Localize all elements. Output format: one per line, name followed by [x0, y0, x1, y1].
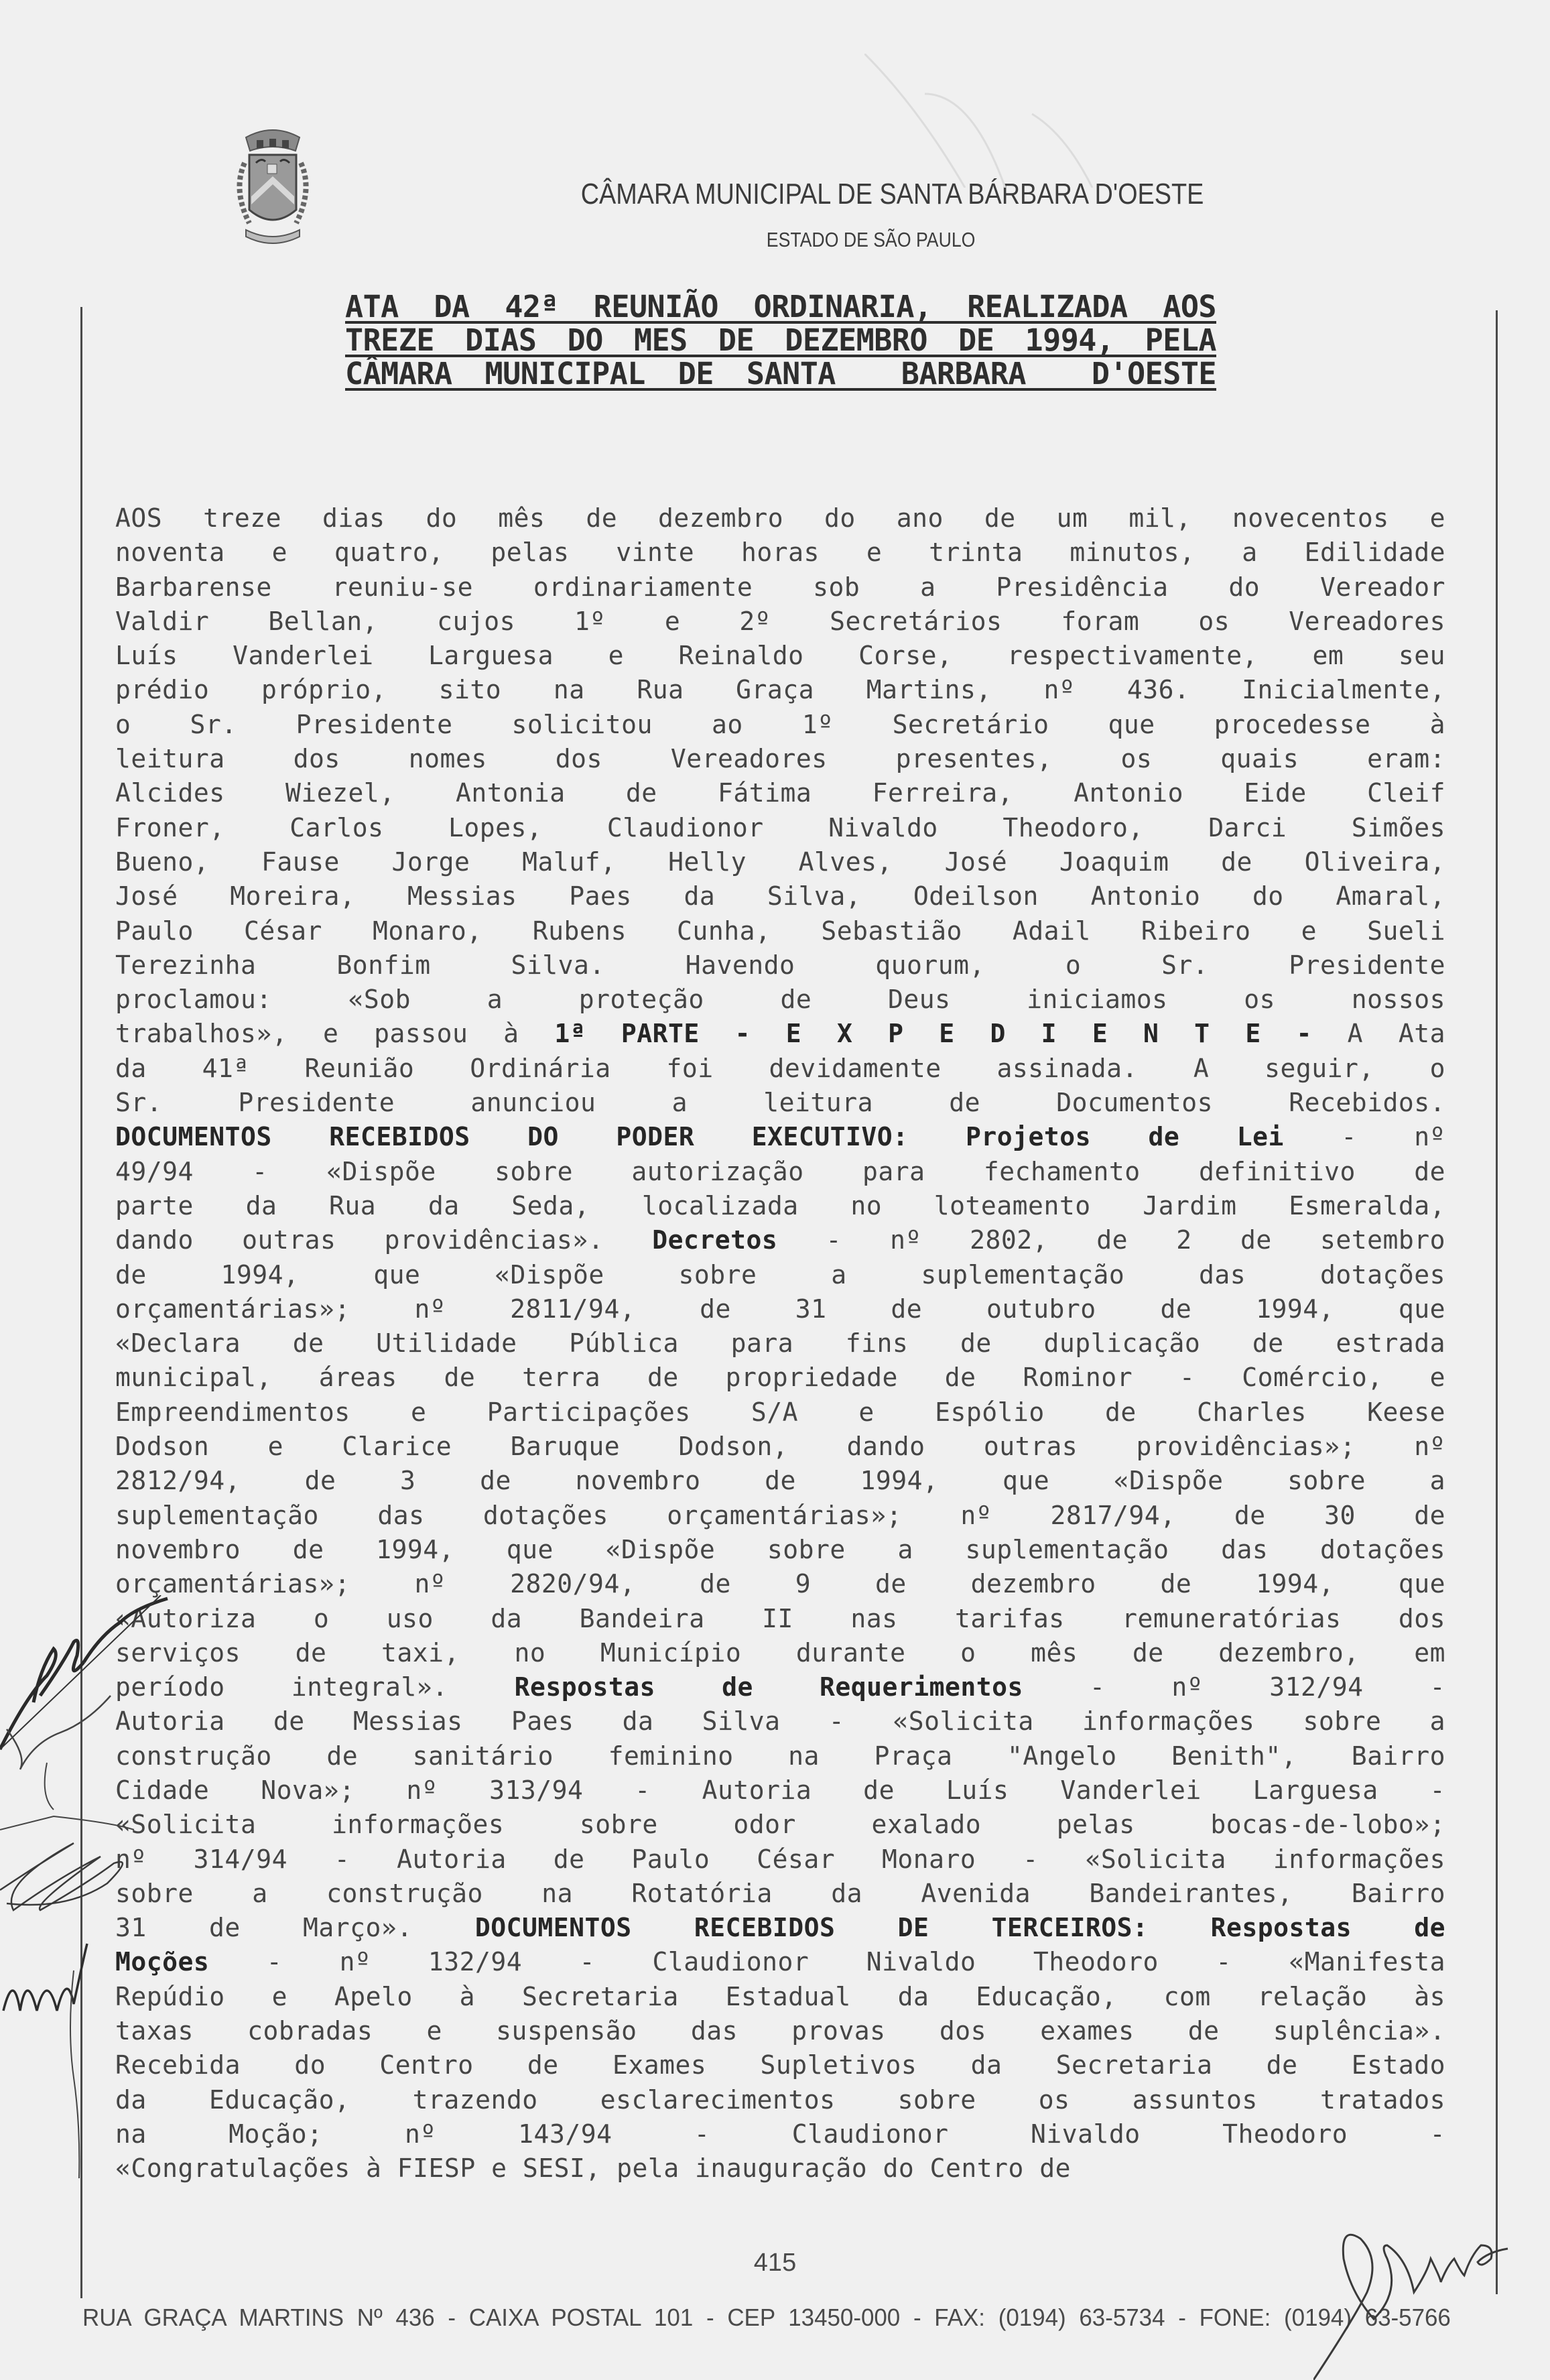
- minutes-text: Alcides Wiezel, Antonia de Fátima Ferrei…: [115, 778, 1445, 808]
- minutes-line: Repúdio e Apelo à Secretaria Estadual da…: [115, 1980, 1445, 2014]
- minutes-line: da 41ª Reunião Ordinária foi devidamente…: [115, 1052, 1445, 1086]
- left-margin-rule: [80, 307, 82, 2298]
- minutes-line: Moções - nº 132/94 - Claudionor Nivaldo …: [115, 1945, 1445, 1979]
- minutes-heading-text: Respostas de Requerimentos: [515, 1672, 1023, 1702]
- minutes-text: sobre a construção na Rotatória da Aveni…: [115, 1879, 1445, 1908]
- minutes-line: sobre a construção na Rotatória da Aveni…: [115, 1877, 1445, 1911]
- organization-state: ESTADO DE SÃO PAULO: [129, 228, 1462, 252]
- minutes-text: Paulo César Monaro, Rubens Cunha, Sebast…: [115, 916, 1445, 946]
- minutes-line: AOS treze dias do mês de dezembro do ano…: [115, 501, 1445, 536]
- minutes-text: da 41ª Reunião Ordinária foi devidamente…: [115, 1054, 1445, 1083]
- minutes-line: «Declara de Utilidade Pública para fins …: [115, 1326, 1445, 1361]
- minutes-line: parte da Rua da Seda, localizada no lote…: [115, 1189, 1445, 1223]
- minutes-line: taxas cobradas e suspensão das provas do…: [115, 2014, 1445, 2048]
- minutes-text: José Moreira, Messias Paes da Silva, Ode…: [115, 881, 1445, 911]
- minutes-text: de 1994, que «Dispõe sobre a suplementaç…: [115, 1260, 1445, 1290]
- minutes-line: noventa e quatro, pelas vinte horas e tr…: [115, 536, 1445, 570]
- minutes-text: 2812/94, de 3 de novembro de 1994, que «…: [115, 1466, 1445, 1495]
- minutes-line: suplementação das dotações orçamentárias…: [115, 1499, 1445, 1533]
- minutes-text: Terezinha Bonfim Silva. Havendo quorum, …: [115, 950, 1445, 980]
- minutes-text: parte da Rua da Seda, localizada no lote…: [115, 1191, 1445, 1220]
- minutes-text: AOS treze dias do mês de dezembro do ano…: [115, 503, 1445, 533]
- title-line: ATA DA 42ª REUNIÃO ORDINARIA, REALIZADA …: [345, 290, 1216, 324]
- minutes-text: Luís Vanderlei Larguesa e Reinaldo Corse…: [115, 641, 1445, 670]
- minutes-line: da Educação, trazendo esclarecimentos so…: [115, 2083, 1445, 2117]
- minutes-line: orçamentárias»; nº 2820/94, de 9 de deze…: [115, 1567, 1445, 1601]
- minutes-text: 31 de Março».: [115, 1913, 475, 1942]
- minutes-text: período integral».: [115, 1672, 515, 1702]
- minutes-text: nº 314/94 - Autoria de Paulo César Monar…: [115, 1844, 1445, 1874]
- minutes-text: proclamou: «Sob a proteção de Deus inici…: [115, 985, 1445, 1014]
- minutes-line: Sr. Presidente anunciou a leitura de Doc…: [115, 1086, 1445, 1120]
- minutes-text: Repúdio e Apelo à Secretaria Estadual da…: [115, 1982, 1445, 2011]
- minutes-line: Dodson e Clarice Baruque Dodson, dando o…: [115, 1430, 1445, 1464]
- right-margin-rule: [1496, 310, 1498, 2294]
- organization-name: CÂMARA MUNICIPAL DE SANTA BÁRBARA D'OEST…: [138, 178, 1471, 211]
- minutes-text: - nº 132/94 - Claudionor Nivaldo Theodor…: [209, 1947, 1445, 1977]
- minutes-text: Bueno, Fause Jorge Maluf, Helly Alves, J…: [115, 847, 1445, 877]
- minutes-text: Cidade Nova»; nº 313/94 - Autoria de Luí…: [115, 1775, 1445, 1805]
- minutes-text: Empreendimentos e Participações S/A e Es…: [115, 1397, 1445, 1427]
- minutes-text: prédio próprio, sito na Rua Graça Martin…: [115, 675, 1445, 704]
- minutes-line: período integral». Respostas de Requerim…: [115, 1670, 1445, 1704]
- minutes-text: Froner, Carlos Lopes, Claudionor Nivaldo…: [115, 813, 1445, 842]
- minutes-line: «Solicita informações sobre odor exalado…: [115, 1808, 1445, 1842]
- minutes-text: na Moção; nº 143/94 - Claudionor Nivaldo…: [115, 2119, 1445, 2149]
- minutes-text: taxas cobradas e suspensão das provas do…: [115, 2016, 1445, 2046]
- faint-watermark-signature-icon: [864, 54, 1119, 188]
- minutes-text: leitura dos nomes dos Vereadores present…: [115, 744, 1445, 773]
- minutes-line: de 1994, que «Dispõe sobre a suplementaç…: [115, 1258, 1445, 1292]
- minutes-text: da Educação, trazendo esclarecimentos so…: [115, 2085, 1445, 2115]
- minutes-text: A Ata: [1312, 1019, 1445, 1048]
- minutes-text: Barbarense reuniu-se ordinariamente sob …: [115, 572, 1445, 602]
- minutes-line: leitura dos nomes dos Vereadores present…: [115, 742, 1445, 776]
- minutes-line: Paulo César Monaro, Rubens Cunha, Sebast…: [115, 914, 1445, 948]
- minutes-line: o Sr. Presidente solicitou ao 1º Secretá…: [115, 708, 1445, 742]
- title-line: TREZE DIAS DO MES DE DEZEMBRO DE 1994, P…: [345, 324, 1216, 357]
- minutes-line: Cidade Nova»; nº 313/94 - Autoria de Luí…: [115, 1773, 1445, 1808]
- minutes-line: nº 314/94 - Autoria de Paulo César Monar…: [115, 1842, 1445, 1877]
- minutes-text: o Sr. Presidente solicitou ao 1º Secretá…: [115, 710, 1445, 739]
- minutes-line: trabalhos», e passou à 1ª PARTE - E X P …: [115, 1017, 1445, 1051]
- minutes-text: «Autoriza o uso da Bandeira II nas tarif…: [115, 1604, 1445, 1633]
- minutes-line: orçamentárias»; nº 2811/94, de 31 de out…: [115, 1292, 1445, 1326]
- minutes-heading-text: 1ª PARTE - E X P E D I E N T E -: [554, 1019, 1312, 1048]
- minutes-line: serviços de taxi, no Município durante o…: [115, 1636, 1445, 1670]
- minutes-line: «Autoriza o uso da Bandeira II nas tarif…: [115, 1602, 1445, 1636]
- minutes-line: 2812/94, de 3 de novembro de 1994, que «…: [115, 1464, 1445, 1498]
- minutes-line: Valdir Bellan, cujos 1º e 2º Secretários…: [115, 605, 1445, 639]
- minutes-text: Sr. Presidente anunciou a leitura de Doc…: [115, 1088, 1445, 1117]
- minutes-text: 49/94 - «Dispõe sobre autorização para f…: [115, 1157, 1445, 1186]
- document-page: CÂMARA MUNICIPAL DE SANTA BÁRBARA D'OEST…: [0, 0, 1550, 2380]
- page-number: 415: [0, 2249, 1550, 2277]
- minutes-line: Froner, Carlos Lopes, Claudionor Nivaldo…: [115, 811, 1445, 845]
- minutes-text: Dodson e Clarice Baruque Dodson, dando o…: [115, 1432, 1445, 1461]
- minutes-line: prédio próprio, sito na Rua Graça Martin…: [115, 673, 1445, 707]
- minutes-line: Empreendimentos e Participações S/A e Es…: [115, 1395, 1445, 1430]
- minutes-text: orçamentárias»; nº 2820/94, de 9 de deze…: [115, 1569, 1445, 1599]
- minutes-line: Recebida do Centro de Exames Supletivos …: [115, 2048, 1445, 2082]
- document-title: ATA DA 42ª REUNIÃO ORDINARIA, REALIZADA …: [345, 290, 1216, 391]
- minutes-line: construção de sanitário feminino na Praç…: [115, 1739, 1445, 1773]
- minutes-line: Barbarense reuniu-se ordinariamente sob …: [115, 570, 1445, 605]
- minutes-text: «Declara de Utilidade Pública para fins …: [115, 1328, 1445, 1358]
- minutes-line: José Moreira, Messias Paes da Silva, Ode…: [115, 879, 1445, 914]
- minutes-text: serviços de taxi, no Município durante o…: [115, 1638, 1445, 1668]
- minutes-line: «Congratulações à FIESP e SESI, pela ina…: [115, 2151, 1445, 2186]
- minutes-text: «Solicita informações sobre odor exalado…: [115, 1810, 1445, 1839]
- footer-address: RUA GRAÇA MARTINS Nº 436 - CAIXA POSTAL …: [82, 2304, 1451, 2332]
- minutes-text: Valdir Bellan, cujos 1º e 2º Secretários…: [115, 607, 1445, 636]
- minutes-line: DOCUMENTOS RECEBIDOS DO PODER EXECUTIVO:…: [115, 1120, 1445, 1154]
- minutes-text: trabalhos», e passou à: [115, 1019, 554, 1048]
- minutes-text: «Congratulações à FIESP e SESI, pela ina…: [115, 2153, 1071, 2183]
- minutes-text: novembro de 1994, que «Dispõe sobre a su…: [115, 1535, 1445, 1564]
- minutes-text: - nº 2802, de 2 de setembro: [777, 1225, 1445, 1255]
- minutes-line: municipal, áreas de terra de propriedade…: [115, 1361, 1445, 1395]
- minutes-line: Alcides Wiezel, Antonia de Fátima Ferrei…: [115, 776, 1445, 810]
- title-line: CÂMARA MUNICIPAL DE SANTA BARBARA D'OEST…: [345, 357, 1216, 391]
- minutes-body: AOS treze dias do mês de dezembro do ano…: [115, 501, 1445, 2186]
- minutes-text: dando outras providências».: [115, 1225, 652, 1255]
- minutes-heading-text: DOCUMENTOS RECEBIDOS DO PODER EXECUTIVO:…: [115, 1122, 1284, 1151]
- minutes-text: Recebida do Centro de Exames Supletivos …: [115, 2050, 1445, 2080]
- minutes-text: Autoria de Messias Paes da Silva - «Soli…: [115, 1706, 1445, 1736]
- minutes-line: 49/94 - «Dispõe sobre autorização para f…: [115, 1155, 1445, 1189]
- minutes-heading-text: Moções: [115, 1947, 209, 1977]
- minutes-line: Terezinha Bonfim Silva. Havendo quorum, …: [115, 948, 1445, 983]
- minutes-text: - nº: [1284, 1122, 1445, 1151]
- minutes-text: construção de sanitário feminino na Praç…: [115, 1741, 1445, 1771]
- minutes-line: Luís Vanderlei Larguesa e Reinaldo Corse…: [115, 639, 1445, 673]
- minutes-heading-text: DOCUMENTOS RECEBIDOS DE TERCEIROS: Respo…: [475, 1913, 1445, 1942]
- minutes-text: suplementação das dotações orçamentárias…: [115, 1501, 1445, 1530]
- minutes-line: na Moção; nº 143/94 - Claudionor Nivaldo…: [115, 2117, 1445, 2151]
- minutes-text: orçamentárias»; nº 2811/94, de 31 de out…: [115, 1294, 1445, 1324]
- minutes-line: 31 de Março». DOCUMENTOS RECEBIDOS DE TE…: [115, 1911, 1445, 1945]
- minutes-heading-text: Decretos: [652, 1225, 777, 1255]
- signature-bottom-right-icon: [1313, 2218, 1514, 2380]
- minutes-text: - nº 312/94 -: [1023, 1672, 1445, 1702]
- minutes-line: Autoria de Messias Paes da Silva - «Soli…: [115, 1704, 1445, 1739]
- minutes-line: Bueno, Fause Jorge Maluf, Helly Alves, J…: [115, 845, 1445, 879]
- minutes-line: proclamou: «Sob a proteção de Deus inici…: [115, 983, 1445, 1017]
- minutes-text: municipal, áreas de terra de propriedade…: [115, 1363, 1445, 1392]
- minutes-text: noventa e quatro, pelas vinte horas e tr…: [115, 538, 1445, 567]
- minutes-line: dando outras providências». Decretos - n…: [115, 1223, 1445, 1257]
- minutes-line: novembro de 1994, que «Dispõe sobre a su…: [115, 1533, 1445, 1567]
